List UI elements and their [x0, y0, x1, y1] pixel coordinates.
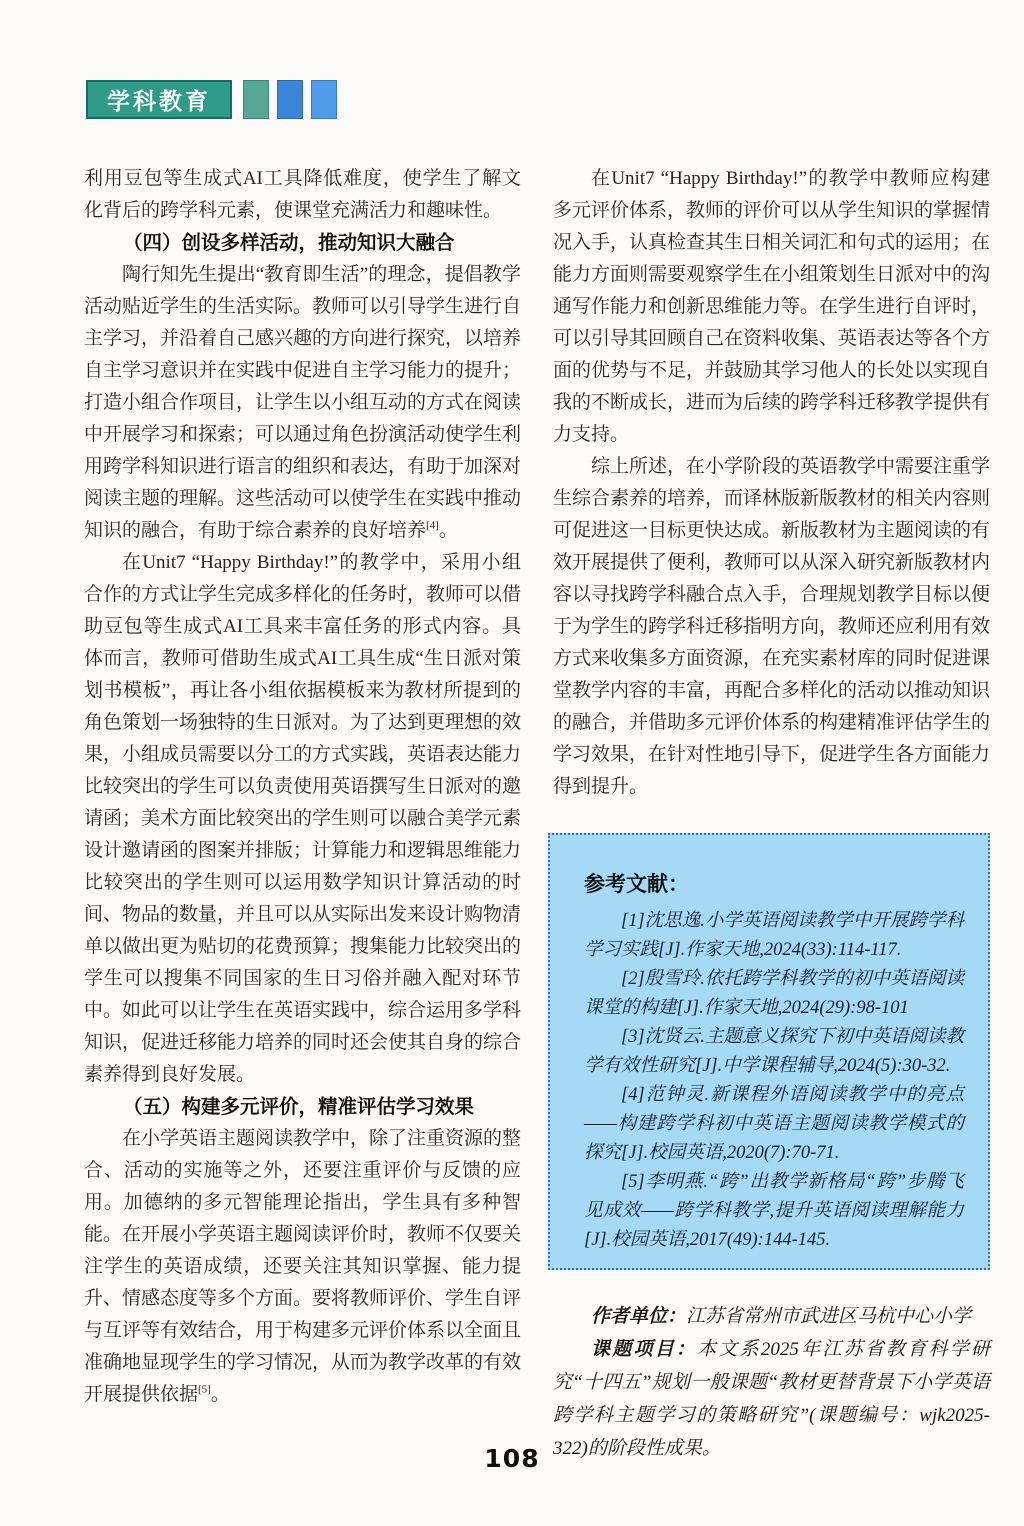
footer-note-label: 作者单位： — [591, 1306, 686, 1327]
body-paragraph: 在小学英语主题阅读教学中，除了注重资源的整合、活动的实施等之外，还要注重评价与反… — [84, 1123, 521, 1411]
reference-entry: [2]殷雪玲.依托跨学科教学的初中英语阅读课堂的构建[J].作家天地,2024(… — [584, 965, 964, 1023]
section-heading: （五）构建多元评价，精准评估学习效果 — [84, 1091, 521, 1123]
references-box: 参考文献： [1]沈思逸.小学英语阅读教学中开展跨学科学习实践[J].作家天地,… — [548, 833, 990, 1270]
page-number: 108 — [0, 1444, 1024, 1473]
body-paragraph: 综上所述，在小学阶段的英语教学中需要注重学生综合素养的培养，而译林版新版教材的相… — [553, 451, 990, 803]
body-paragraph: 在Unit7 “Happy Birthday!”的教学中，采用小组合作的方式让学… — [84, 547, 521, 1091]
footer-note: 作者单位：江苏省常州市武进区马杭中心小学 — [553, 1300, 990, 1333]
reference-entry: [3]沈贤云.主题意义探究下初中英语阅读教学有效性研究[J].中学课程辅导,20… — [584, 1023, 964, 1081]
journal-page: 学科教育 利用豆包等生成式AI工具降低难度，使学生了解文化背后的跨学科元素，使课… — [0, 0, 1024, 1526]
section-header: 学科教育 — [86, 80, 337, 119]
header-square-1 — [243, 80, 269, 119]
reference-entry: [5]李明燕.“跨”出教学新格局“跨”步腾飞见成效——跨学科教学,提升英语阅读理… — [584, 1168, 964, 1255]
references-title: 参考文献： — [584, 869, 964, 899]
footer-note-label: 课题项目： — [591, 1339, 697, 1360]
section-badge-label: 学科教育 — [107, 83, 211, 116]
reference-entry: [4]范钟灵.新课程外语阅读教学中的亮点——构建跨学科初中英语主题阅读教学模式的… — [584, 1081, 964, 1168]
citation-marker: [5] — [198, 1384, 211, 1396]
body-paragraph: 在Unit7 “Happy Birthday!”的教学中教师应构建多元评价体系，… — [553, 163, 990, 451]
citation-marker: [4] — [426, 520, 439, 532]
section-heading: （四）创设多样活动，推动知识大融合 — [84, 227, 521, 259]
section-badge: 学科教育 — [86, 80, 232, 119]
left-column: 利用豆包等生成式AI工具降低难度，使学生了解文化背后的跨学科元素，使课堂充满活力… — [84, 163, 521, 1465]
header-square-2 — [277, 80, 303, 119]
header-squares — [243, 80, 337, 119]
references-list: [1]沈思逸.小学英语阅读教学中开展跨学科学习实践[J].作家天地,2024(3… — [584, 907, 964, 1255]
article-body: 利用豆包等生成式AI工具降低难度，使学生了解文化背后的跨学科元素，使课堂充满活力… — [84, 163, 990, 1465]
reference-entry: [1]沈思逸.小学英语阅读教学中开展跨学科学习实践[J].作家天地,2024(3… — [584, 907, 964, 965]
body-paragraph: 利用豆包等生成式AI工具降低难度，使学生了解文化背后的跨学科元素，使课堂充满活力… — [84, 163, 521, 227]
header-square-3 — [311, 80, 337, 119]
right-column-paragraphs: 在Unit7 “Happy Birthday!”的教学中教师应构建多元评价体系，… — [553, 163, 990, 803]
author-info: 作者单位：江苏省常州市武进区马杭中心小学课题项目：本文系2025年江苏省教育科学… — [553, 1300, 990, 1465]
body-paragraph: 陶行知先生提出“教育即生活”的理念，提倡教学活动贴近学生的生活实际。教师可以引导… — [84, 259, 521, 547]
right-column: 在Unit7 “Happy Birthday!”的教学中教师应构建多元评价体系，… — [553, 163, 990, 1465]
